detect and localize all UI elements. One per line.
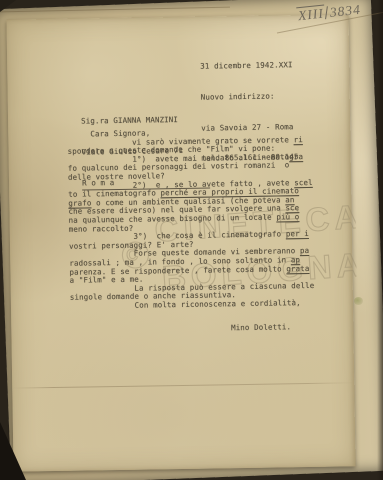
signature-name: Mino Doletti. [231,322,291,332]
recipient-name: Sig.ra GIANNA MANZINI [81,115,209,127]
letter-body: Cara Signora, vi sarò vivamente grato se… [67,127,314,311]
paper-crease [12,382,354,388]
letter-date: 31 dicembre 1942.XXI [200,61,297,73]
annotation-roman-numeral: XIII [296,4,325,23]
paper-stain-dot [354,297,363,305]
signature-line: Mino Doletti. [203,312,291,344]
new-address-label: Nuovo indirizzo: [201,91,298,103]
annotation-separator [325,6,328,19]
letter-photo: C CINETECA BOLOGNA 31 dicembre 1942.XXI … [0,0,383,480]
photo-edge-right [377,0,383,480]
annotation-number: 3834 [329,2,361,20]
letter-sheet: C CINETECA BOLOGNA 31 dicembre 1942.XXI … [6,14,355,471]
letter-line: Con molta riconoscenza e cordialità, [70,299,315,311]
